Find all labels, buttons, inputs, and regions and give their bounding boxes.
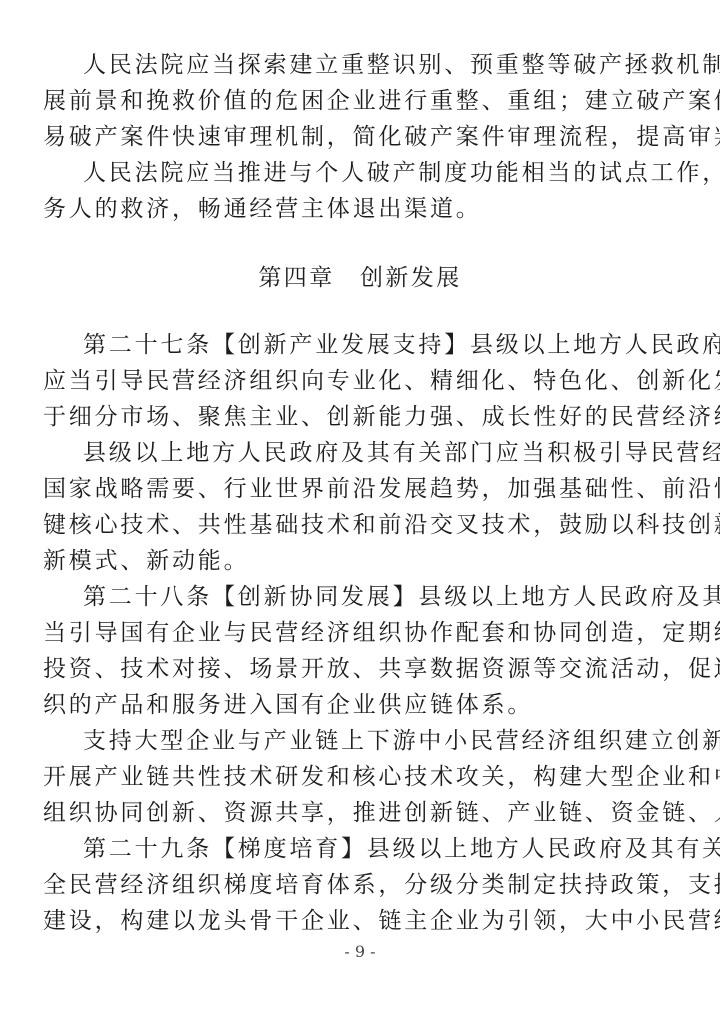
article-27-paragraph: 第二十七条【创新产业发展支持】县级以上地方人民政府及其有关部门 应当引导民营经济… xyxy=(43,327,683,435)
article-28-paragraph-2: 支持大型企业与产业链上下游中小民营经济组织建立创新联动机制， 开展产业链共性技术… xyxy=(43,723,683,831)
document-page: 人民法院应当探索建立重整识别、预重整等破产拯救机制，帮助具有发 展前景和挽救价值… xyxy=(0,0,720,1018)
paragraph-court-restructuring: 人民法院应当探索建立重整识别、预重整等破产拯救机制，帮助具有发 展前景和挽救价值… xyxy=(43,47,683,155)
text-line: 第二十八条【创新协同发展】县级以上地方人民政府及其有关部门应 xyxy=(43,579,683,615)
paragraphs-top: 人民法院应当探索建立重整识别、预重整等破产拯救机制，帮助具有发 展前景和挽救价值… xyxy=(43,47,683,227)
text-line: 人民法院应当探索建立重整识别、预重整等破产拯救机制，帮助具有发 xyxy=(43,47,683,83)
text-line: 当引导国有企业与民营经济组织协作配套和协同创造，定期组织开展项目 xyxy=(43,615,683,651)
text-line: 投资、技术对接、场景开放、共享数据资源等交流活动，促进民营经济组 xyxy=(43,651,683,687)
text-line: 全民营经济组织梯度培育体系，分级分类制定扶持政策，支持创业创新载体 xyxy=(43,867,683,903)
text-line: 展前景和挽救价值的危困企业进行重整、重组；建立破产案件繁简分流、简 xyxy=(43,83,683,119)
text-line: 易破产案件快速审理机制，简化破产案件审理流程，提高审判效率。 xyxy=(43,119,683,155)
text-line: 县级以上地方人民政府及其有关部门应当积极引导民营经济组织根据 xyxy=(43,435,683,471)
text-line: 织的产品和服务进入国有企业供应链体系。 xyxy=(43,687,683,723)
text-line: 支持大型企业与产业链上下游中小民营经济组织建立创新联动机制， xyxy=(43,723,683,759)
text-line: 键核心技术、共性基础技术和前沿交叉技术，鼓励以科技创新催生新产业、 xyxy=(43,507,683,543)
text-line: 务人的救济，畅通经营主体退出渠道。 xyxy=(43,191,683,227)
text-line: 新模式、新动能。 xyxy=(43,543,683,579)
text-line: 第二十七条【创新产业发展支持】县级以上地方人民政府及其有关部门 xyxy=(43,327,683,363)
text-line: 于细分市场、聚焦主业、创新能力强、成长性好的民营经济组织。 xyxy=(43,399,683,435)
text-line: 组织协同创新、资源共享，推进创新链、产业链、资金链、人才链融合。 xyxy=(43,795,683,831)
text-line: 开展产业链共性技术研发和核心技术攻关，构建大型企业和中小民营经济 xyxy=(43,759,683,795)
chapter-heading: 第四章 创新发展 xyxy=(0,260,720,296)
text-line: 建设，构建以龙头骨干企业、链主企业为引领，大中小民营经济组织融通发 xyxy=(43,903,683,939)
article-27-paragraph-2: 县级以上地方人民政府及其有关部门应当积极引导民营经济组织根据 国家战略需要、行业… xyxy=(43,435,683,579)
article-29-paragraph: 第二十九条【梯度培育】县级以上地方人民政府及其有关部门应当健 全民营经济组织梯度… xyxy=(43,831,683,939)
paragraphs-main: 第二十七条【创新产业发展支持】县级以上地方人民政府及其有关部门 应当引导民营经济… xyxy=(43,327,683,939)
text-line: 应当引导民营经济组织向专业化、精细化、特色化、创新化发展，培育专注 xyxy=(43,363,683,399)
paragraph-personal-bankruptcy: 人民法院应当推进与个人破产制度功能相当的试点工作，加强对诚信债 务人的救济，畅通… xyxy=(43,155,683,227)
text-line: 人民法院应当推进与个人破产制度功能相当的试点工作，加强对诚信债 xyxy=(43,155,683,191)
text-line: 第二十九条【梯度培育】县级以上地方人民政府及其有关部门应当健 xyxy=(43,831,683,867)
text-line: 国家战略需要、行业世界前沿发展趋势，加强基础性、前沿性研究，开发关 xyxy=(43,471,683,507)
page-number: - 9 - xyxy=(0,942,720,961)
article-28-paragraph: 第二十八条【创新协同发展】县级以上地方人民政府及其有关部门应 当引导国有企业与民… xyxy=(43,579,683,723)
